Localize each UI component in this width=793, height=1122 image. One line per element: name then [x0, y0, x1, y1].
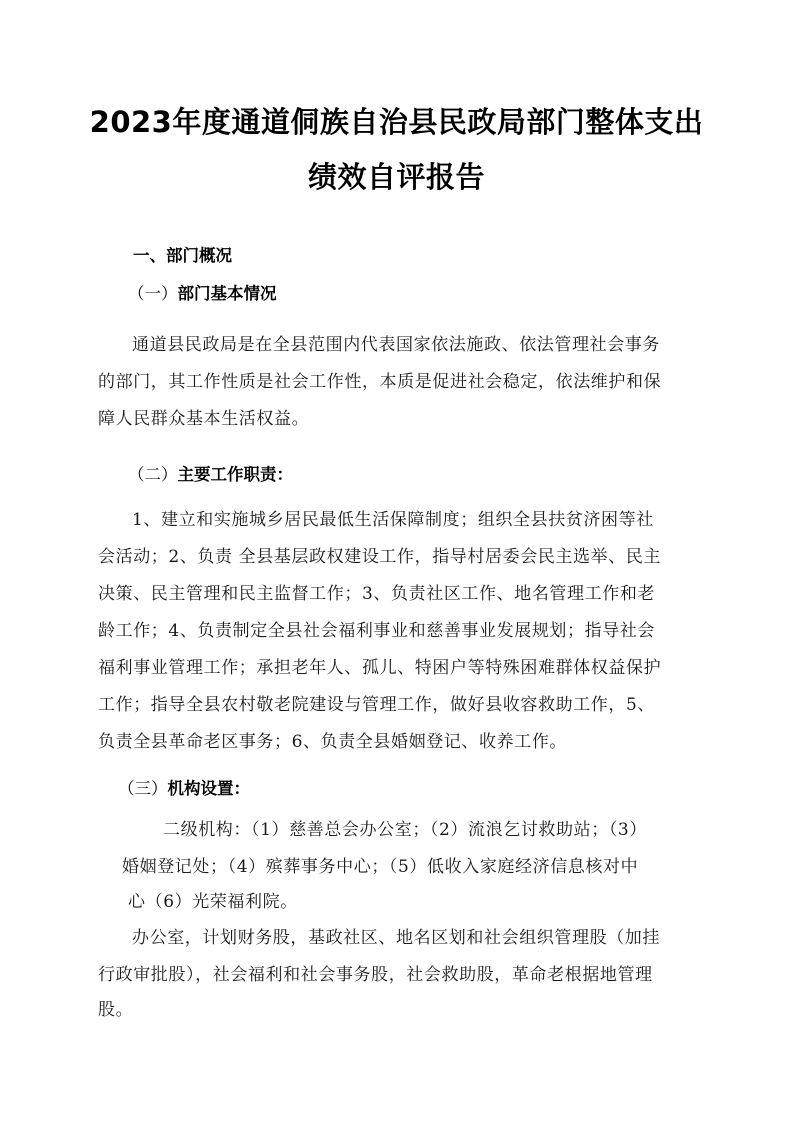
paragraph-line: 1、建立和实施城乡居民最低生活保障制度；组织全县扶贫济困等社: [132, 505, 732, 530]
paragraph-line: 心（6）光荣福利院。: [128, 887, 728, 912]
paragraph-line: 决策、民主管理和民主监督工作；3、负责社区工作、地名管理工作和老: [98, 579, 698, 604]
paragraph-line: 福利事业管理工作；承担老年人、孤儿、特困户等特殊困难群体权益保护: [98, 653, 698, 678]
subsection-title: 主要工作职责：: [178, 465, 294, 484]
paragraph-line: 工作；指导全县农村敬老院建设与管理工作，做好县收容救助工作，5、: [98, 690, 698, 715]
paragraph-line: 股。: [98, 995, 698, 1020]
subsection-title: 机构设置：: [168, 779, 251, 798]
subsection-heading-basic-info: （一）部门基本情况: [128, 280, 277, 304]
subsection-heading-main-duties: （二）主要工作职责：: [128, 461, 293, 485]
paragraph-line: 二级机构：（1）慈善总会办公室；（2）流浪乞讨救助站；（3）: [163, 815, 763, 840]
paragraph-line: 的部门，其工作性质是社会工作性，本质是促进社会稳定，依法维护和保: [98, 367, 698, 392]
subsection-number: （二）: [128, 465, 178, 484]
section-heading-department-overview: 一、部门概况: [133, 242, 232, 266]
subsection-number: （一）: [128, 284, 178, 303]
paragraph-line: 负责全县革命老区事务；6、负责全县婚姻登记、收养工作。: [98, 727, 698, 752]
paragraph-line: 会活动；2、负责 全县基层政权建设工作，指导村居委会民主选举、民主: [98, 542, 698, 567]
subsection-heading-organization: （三）机构设置：: [118, 775, 250, 799]
subsection-number: （三）: [118, 779, 168, 798]
document-title-line-2: 绩效自评报告: [60, 155, 733, 196]
paragraph-line: 婚姻登记处；（4）殡葬事务中心；（5）低收入家庭经济信息核对中: [122, 852, 722, 877]
document-title-line-1: 2023年度通道侗族自治县民政局部门整体支出: [60, 100, 733, 141]
paragraph-line: 龄工作；4、负责制定全县社会福利事业和慈善事业发展规划；指导社会: [98, 616, 698, 641]
subsection-title: 部门基本情况: [178, 284, 277, 303]
paragraph-line: 行政审批股），社会福利和社会事务股，社会救助股，革命老根据地管理: [98, 960, 698, 985]
paragraph-line: 障人民群众基本生活权益。: [98, 404, 698, 429]
paragraph-line: 办公室，计划财务股，基政社区、地名区划和社会组织管理股（加挂: [132, 923, 732, 948]
document-page: 2023年度通道侗族自治县民政局部门整体支出 绩效自评报告 一、部门概况 （一）…: [0, 0, 793, 1122]
paragraph-line: 通道县民政局是在全县范围内代表国家依法施政、依法管理社会事务: [132, 330, 732, 355]
